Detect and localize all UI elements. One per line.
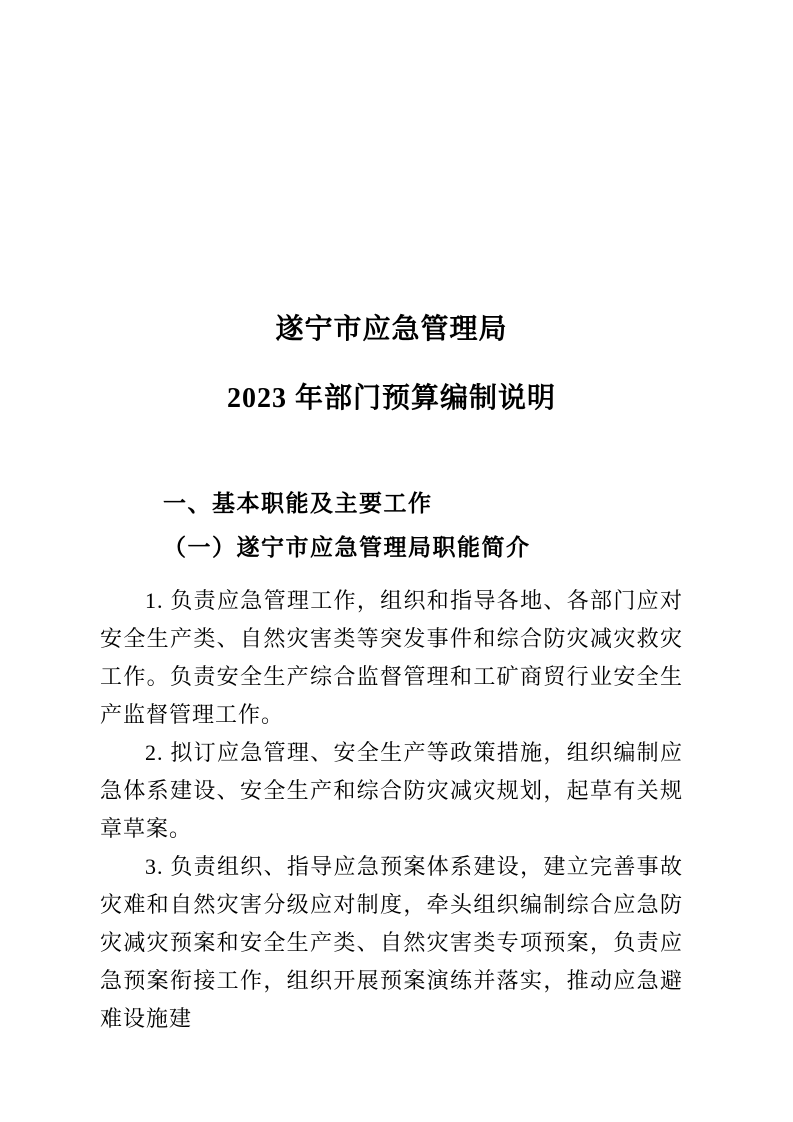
document-page: 遂宁市应急管理局 2023 年部门预算编制说明 一、基本职能及主要工作 （一）遂… — [0, 0, 793, 1122]
section-heading: 一、基本职能及主要工作 — [100, 490, 683, 516]
document-title-line-1: 遂宁市应急管理局 — [100, 313, 683, 347]
document-title-line-2: 2023 年部门预算编制说明 — [100, 382, 683, 416]
subsection-heading: （一）遂宁市应急管理局职能简介 — [100, 535, 683, 561]
paragraph-3: 3. 负责组织、指导应急预案体系建设，建立完善事故灾难和自然灾害分级应对制度，牵… — [100, 848, 683, 1038]
paragraph-1: 1. 负责应急管理工作，组织和指导各地、各部门应对安全生产类、自然灾害类等突发事… — [100, 582, 683, 734]
paragraph-2: 2. 拟订应急管理、安全生产等政策措施，组织编制应急体系建设、安全生产和综合防灾… — [100, 734, 683, 848]
